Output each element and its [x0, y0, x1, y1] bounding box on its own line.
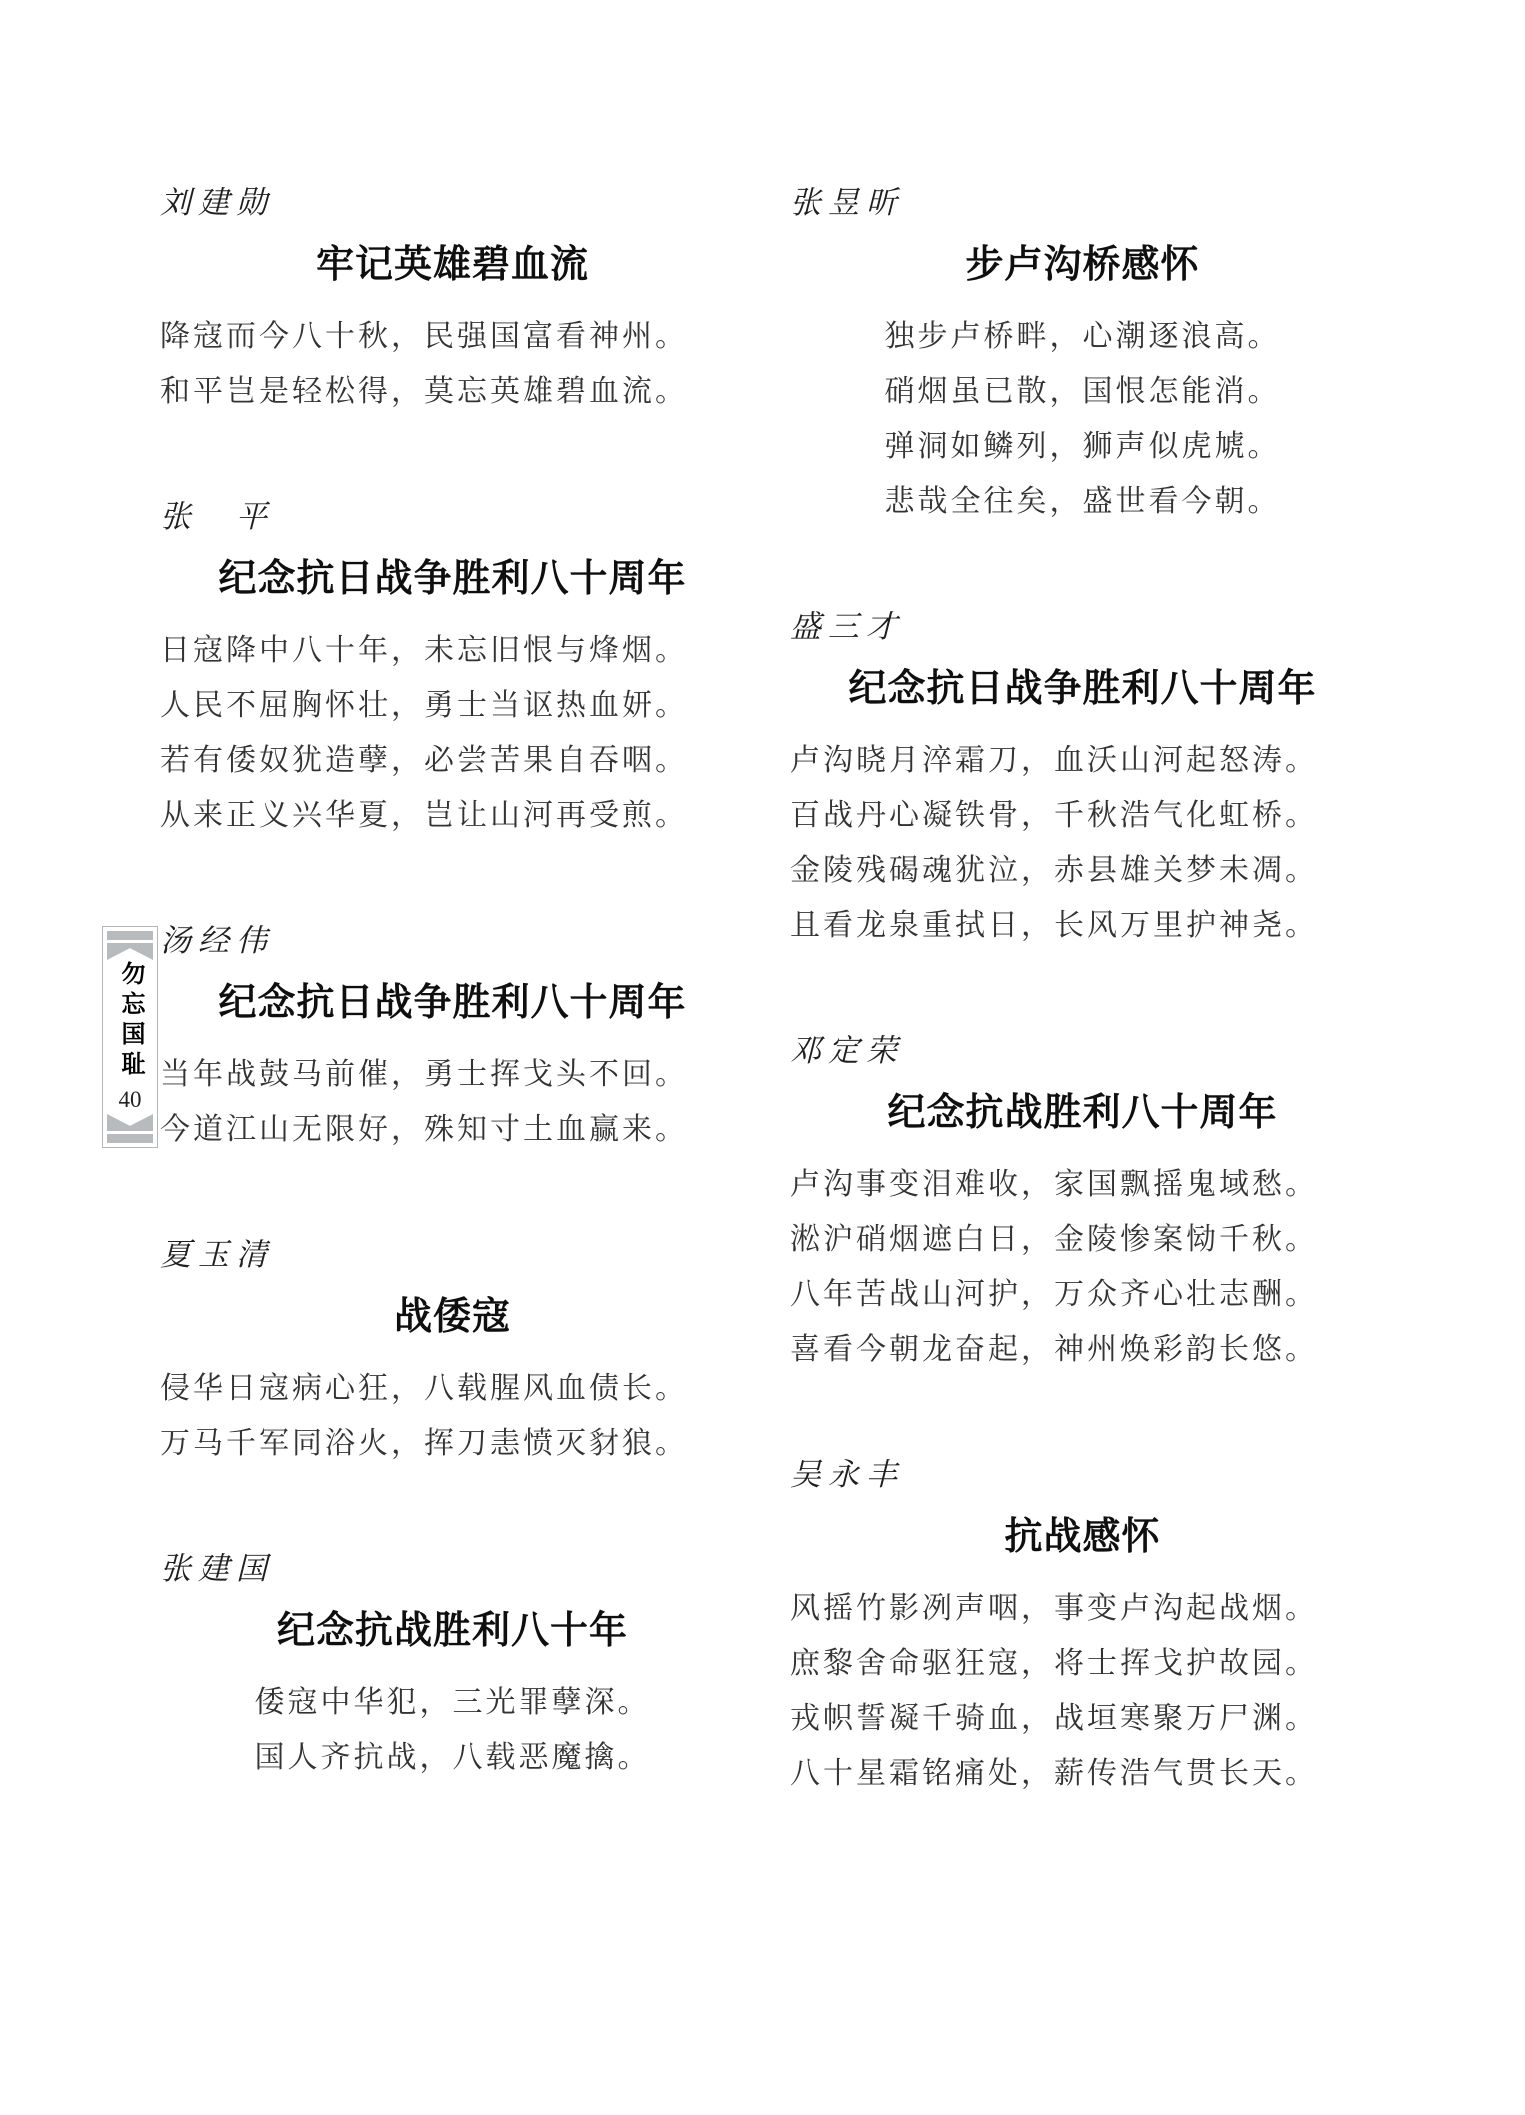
poem-verse-line: 八十星霜铭痛处，薪传浩气贯长天。 [790, 1746, 1375, 1801]
poem-author: 张建国 [160, 1551, 745, 1587]
poem-author: 邓定荣 [790, 1033, 1375, 1069]
poem-title: 纪念抗日战争胜利八十周年 [160, 981, 745, 1025]
poem-verse-line: 倭寇中华犯，三光罪孽深。 [160, 1675, 745, 1730]
poem-author: 夏玉清 [160, 1237, 745, 1273]
poem-verse-line: 若有倭奴犹造孽，必尝苦果自吞咽。 [160, 733, 745, 788]
poem-verse-line: 戎帜誓凝千骑血，战垣寒聚万尸渊。 [790, 1691, 1375, 1746]
poem-title: 抗战感怀 [790, 1515, 1375, 1559]
poem-verse-line: 硝烟虽已散，国恨怎能消。 [790, 364, 1375, 419]
poem-verse-line: 降寇而今八十秋，民强国富看神州。 [160, 309, 745, 364]
poem-title: 纪念抗日战争胜利八十周年 [790, 667, 1375, 711]
poem-verse-line: 悲哉全往矣，盛世看今朝。 [790, 474, 1375, 529]
poem-verse-line: 日寇降中八十年，未忘旧恨与烽烟。 [160, 623, 745, 678]
poem-title: 纪念抗战胜利八十年 [160, 1609, 745, 1653]
bookmark-ribbon-icon [107, 943, 153, 960]
poem-title: 步卢沟桥感怀 [790, 243, 1375, 287]
page-number: 40 [119, 1087, 142, 1113]
poem-verse-line: 喜看今朝龙奋起，神州焕彩韵长悠。 [790, 1322, 1375, 1377]
poem-verse-line: 百战丹心凝铁骨，千秋浩气化虹桥。 [790, 788, 1375, 843]
poem-title: 战倭寇 [160, 1295, 745, 1339]
poem: 夏玉清战倭寇侵华日寇病心狂，八载腥风血债长。万马千军同浴火，挥刀恚愤灭豺狼。 [160, 1237, 745, 1471]
poem-verse-line: 当年战鼓马前催，勇士挥戈头不回。 [160, 1047, 745, 1102]
poem: 张建国纪念抗战胜利八十年倭寇中华犯，三光罪孽深。国人齐抗战，八载恶魔擒。 [160, 1551, 745, 1785]
poem-title: 牢记英雄碧血流 [160, 243, 745, 287]
poem-column-right: 张昱昕步卢沟桥感怀独步卢桥畔，心潮逐浪高。硝烟虽已散，国恨怎能消。弹洞如鳞列，狮… [790, 185, 1375, 1881]
poem-author: 刘建勋 [160, 185, 745, 221]
poem-verse-line: 万马千军同浴火，挥刀恚愤灭豺狼。 [160, 1416, 745, 1471]
poem-author: 吴永丰 [790, 1457, 1375, 1493]
poem: 张昱昕步卢沟桥感怀独步卢桥畔，心潮逐浪高。硝烟虽已散，国恨怎能消。弹洞如鳞列，狮… [790, 185, 1375, 529]
poem-verse-line: 卢沟晓月淬霜刀，血沃山河起怒涛。 [790, 733, 1375, 788]
bookmark-body: 勿忘国耻 40 [107, 960, 153, 1114]
poem-title: 纪念抗战胜利八十周年 [790, 1091, 1375, 1135]
poem-verse-line: 金陵残碣魂犹泣，赤县雄关梦未凋。 [790, 843, 1375, 898]
poem: 盛三才纪念抗日战争胜利八十周年卢沟晓月淬霜刀，血沃山河起怒涛。百战丹心凝铁骨，千… [790, 609, 1375, 953]
poem: 张 平纪念抗日战争胜利八十周年日寇降中八十年，未忘旧恨与烽烟。人民不屈胸怀壮，勇… [160, 499, 745, 843]
poem-verse-line: 卢沟事变泪难收，家国飘摇鬼域愁。 [790, 1157, 1375, 1212]
poem: 吴永丰抗战感怀风摇竹影冽声咽，事变卢沟起战烟。庶黎舍命驱狂寇，将士挥戈护故园。戎… [790, 1457, 1375, 1801]
bookmark-bottom-bar [107, 1134, 153, 1143]
poem-author: 盛三才 [790, 609, 1375, 645]
poem-verse-line: 国人齐抗战，八载恶魔擒。 [160, 1730, 745, 1785]
poem-verse-line: 庶黎舍命驱狂寇，将士挥戈护故园。 [790, 1636, 1375, 1691]
bookmark-ribbon-icon [107, 1114, 153, 1131]
poem-column-left: 刘建勋牢记英雄碧血流降寇而今八十秋，民强国富看神州。和平岂是轻松得，莫忘英雄碧血… [160, 185, 745, 1865]
book-page: 勿忘国耻 40 刘建勋牢记英雄碧血流降寇而今八十秋，民强国富看神州。和平岂是轻松… [0, 0, 1525, 2115]
poem-verse-line: 淞沪硝烟遮白日，金陵惨案恸千秋。 [790, 1212, 1375, 1267]
poem-verse-line: 弹洞如鳞列，狮声似虎虓。 [790, 419, 1375, 474]
poem-title: 纪念抗日战争胜利八十周年 [160, 557, 745, 601]
poem-author: 汤经伟 [160, 923, 745, 959]
margin-bookmark: 勿忘国耻 40 [102, 926, 158, 1148]
poem-author: 张昱昕 [790, 185, 1375, 221]
poem-verse-line: 侵华日寇病心狂，八载腥风血债长。 [160, 1361, 745, 1416]
poem-verse-line: 人民不屈胸怀壮，勇士当讴热血妍。 [160, 678, 745, 733]
poem-author: 张 平 [160, 499, 745, 535]
poem-verse-line: 和平岂是轻松得，莫忘英雄碧血流。 [160, 364, 745, 419]
poem: 汤经伟纪念抗日战争胜利八十周年当年战鼓马前催，勇士挥戈头不回。今道江山无限好，殊… [160, 923, 745, 1157]
poem-verse-line: 从来正义兴华夏，岂让山河再受煎。 [160, 788, 745, 843]
poem-verse-line: 风摇竹影冽声咽，事变卢沟起战烟。 [790, 1581, 1375, 1636]
poem: 刘建勋牢记英雄碧血流降寇而今八十秋，民强国富看神州。和平岂是轻松得，莫忘英雄碧血… [160, 185, 745, 419]
poem-verse-line: 八年苦战山河护，万众齐心壮志酬。 [790, 1267, 1375, 1322]
bookmark-top-bar [107, 931, 153, 940]
poem: 邓定荣纪念抗战胜利八十周年卢沟事变泪难收，家国飘摇鬼域愁。淞沪硝烟遮白日，金陵惨… [790, 1033, 1375, 1377]
poem-verse-line: 且看龙泉重拭日，长风万里护神尧。 [790, 898, 1375, 953]
bookmark-label: 勿忘国耻 [118, 961, 142, 1081]
poem-verse-line: 今道江山无限好，殊知寸土血赢来。 [160, 1102, 745, 1157]
poem-verse-line: 独步卢桥畔，心潮逐浪高。 [790, 309, 1375, 364]
